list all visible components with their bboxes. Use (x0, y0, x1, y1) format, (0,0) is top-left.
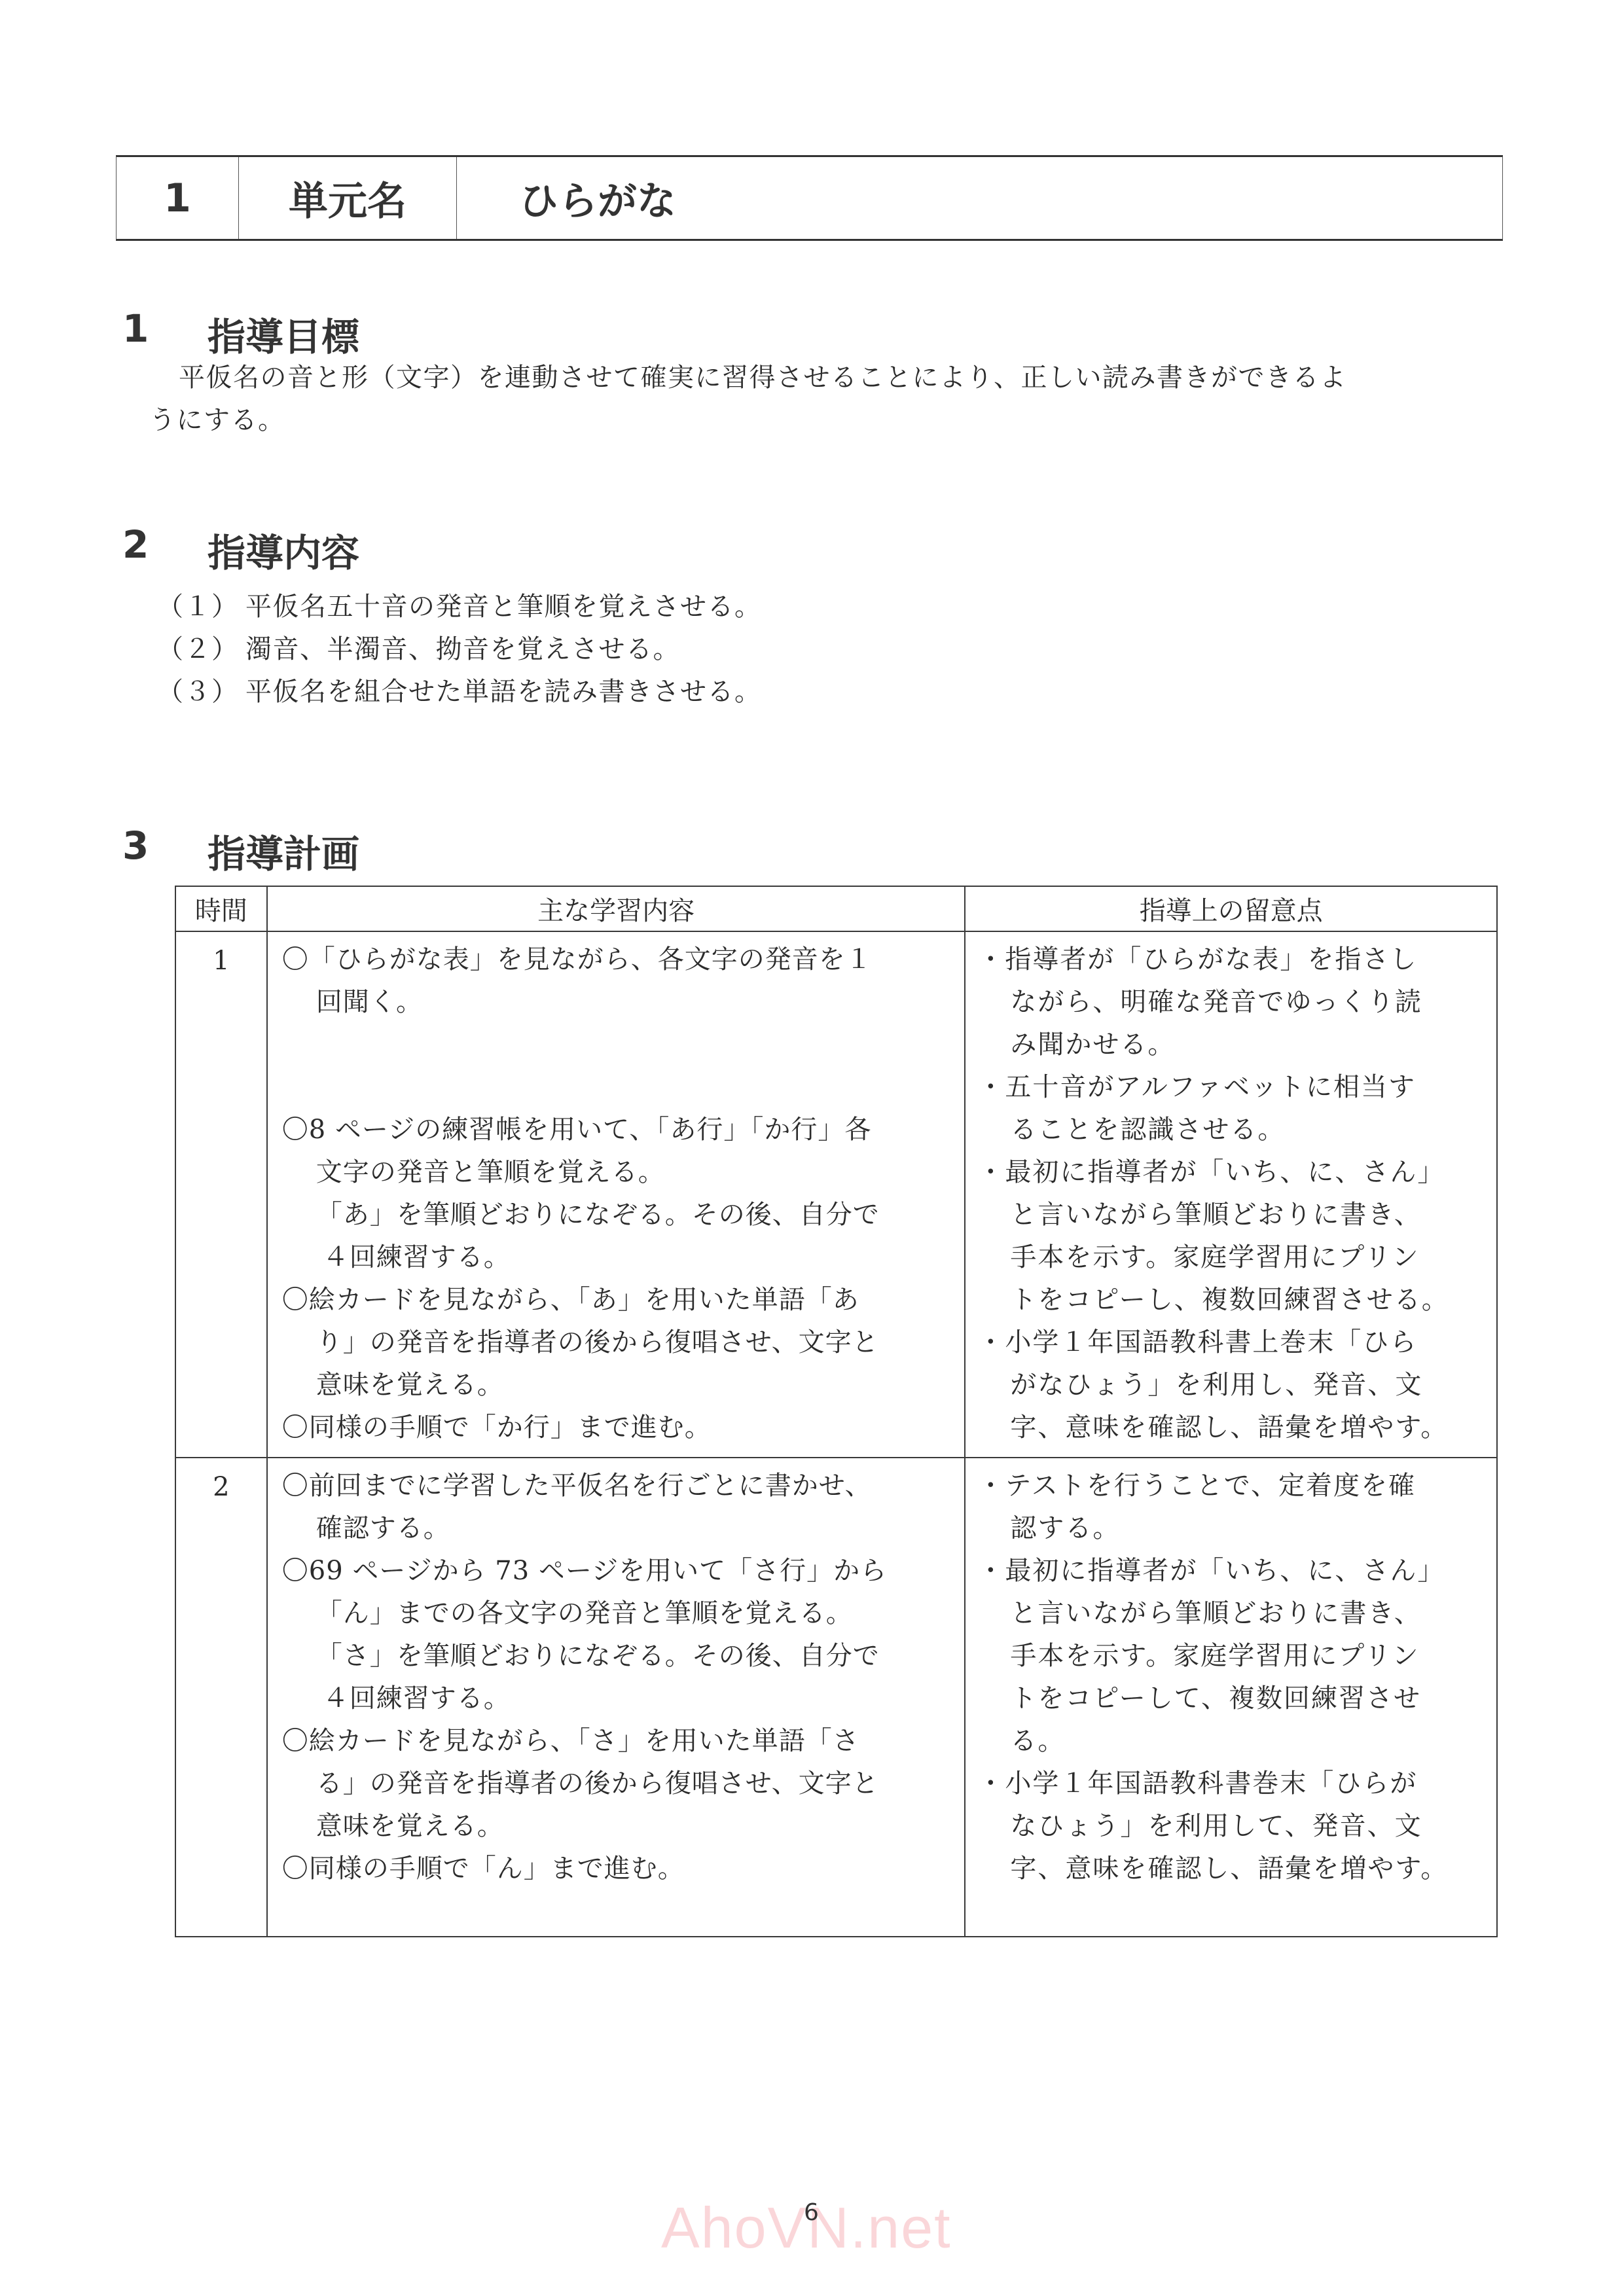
note-line: トをコピーし、複数回練習させる。 (977, 1279, 1490, 1321)
content-line: 回聞く。 (282, 981, 956, 1024)
content-line: ４回練習する。 (282, 1677, 956, 1720)
note-line: ・五十音がアルファベットに相当す (977, 1066, 1490, 1109)
content-line: る」の発音を指導者の後から復唱させ、文字と (282, 1763, 956, 1805)
header-time: 時間 (175, 886, 267, 931)
content-line: 意味を覚える。 (282, 1805, 956, 1848)
section-number: 1 (122, 306, 208, 361)
table-header-row: 時間 主な学習内容 指導上の留意点 (175, 886, 1497, 931)
section-number: 2 (122, 522, 208, 577)
cell-time: 2 (175, 1458, 267, 1937)
content-line-blank (282, 1066, 956, 1109)
content-line: 確認する。 (282, 1507, 956, 1550)
unit-label: 単元名 (239, 157, 457, 239)
unit-title-box: 1 単元名 ひらがな (116, 155, 1503, 241)
note-line: み聞かせる。 (977, 1024, 1490, 1066)
content-line: り」の発音を指導者の後から復唱させ、文字と (282, 1321, 956, 1364)
note-line: ・小学１年国語教科書巻末「ひらが (977, 1763, 1490, 1805)
cell-content: 〇前回までに学習した平仮名を行ごとに書かせ、 確認する。 〇69 ページから 7… (267, 1458, 965, 1937)
list-item: （３） 平仮名を組合せた単語を読み書きさせる。 (157, 671, 762, 713)
list-item: （１） 平仮名五十音の発音と筆順を覚えさせる。 (157, 586, 762, 628)
content-line: 〇「ひらがな表」を見ながら、各文字の発音を１ (282, 939, 956, 981)
cell-notes: ・指導者が「ひらがな表」を指さし ながら、明確な発音でゆっくり読 み聞かせる。 … (965, 931, 1497, 1458)
list-marker: （３） (157, 671, 245, 713)
paragraph-line: うにする。 (149, 399, 1511, 442)
content-line: 文字の発音と筆順を覚える。 (282, 1151, 956, 1194)
content-line: 〇前回までに学習した平仮名を行ごとに書かせ、 (282, 1465, 956, 1507)
unit-title: ひらがな (457, 157, 676, 239)
unit-number: 1 (117, 157, 239, 239)
header-notes: 指導上の留意点 (965, 886, 1497, 931)
content-list: （１） 平仮名五十音の発音と筆順を覚えさせる。 （２） 濁音、半濁音、拗音を覚え… (157, 586, 762, 713)
list-marker: （２） (157, 628, 245, 671)
note-line: ・最初に指導者が「いち、に、さん」 (977, 1550, 1490, 1592)
content-line: 〇8 ページの練習帳を用いて、「あ行」「か行」各 (282, 1109, 956, 1151)
paragraph-line: 平仮名の音と形（文字）を連動させて確実に習得させることにより、正しい読み書きがで… (149, 357, 1511, 399)
section-title: 指導目標 (208, 306, 359, 361)
note-line: 手本を示す。家庭学習用にプリン (977, 1635, 1490, 1677)
section-number: 3 (122, 823, 208, 878)
list-text: 平仮名五十音の発音と筆順を覚えさせる。 (245, 586, 762, 628)
list-text: 平仮名を組合せた単語を読み書きさせる。 (245, 671, 762, 713)
note-line: と言いながら筆順どおりに書き、 (977, 1592, 1490, 1635)
content-line-blank (282, 1024, 956, 1066)
note-line: ・小学１年国語教科書上巻末「ひら (977, 1321, 1490, 1364)
cell-notes: ・テストを行うことで、定着度を確 認する。 ・最初に指導者が「いち、に、さん」 … (965, 1458, 1497, 1937)
content-line: 「さ」を筆順どおりになぞる。その後、自分で (282, 1635, 956, 1677)
content-line: 「ん」までの各文字の発音と筆順を覚える。 (282, 1592, 956, 1635)
content-line: 〇同様の手順で「か行」まで進む。 (282, 1407, 956, 1449)
note-line: 手本を示す。家庭学習用にプリン (977, 1236, 1490, 1279)
content-line: 意味を覚える。 (282, 1364, 956, 1407)
note-line: がなひょう」を利用し、発音、文 (977, 1364, 1490, 1407)
note-line: 字、意味を確認し、語彙を増やす。 (977, 1407, 1490, 1449)
list-item: （２） 濁音、半濁音、拗音を覚えさせる。 (157, 628, 762, 671)
header-content: 主な学習内容 (267, 886, 965, 931)
note-line: る。 (977, 1720, 1490, 1763)
objectives-paragraph: 平仮名の音と形（文字）を連動させて確実に習得させることにより、正しい読み書きがで… (149, 357, 1511, 442)
content-line: 〇同様の手順で「ん」まで進む。 (282, 1848, 956, 1890)
section-title: 指導内容 (208, 522, 359, 577)
note-line: ることを認識させる。 (977, 1109, 1490, 1151)
note-line: ・最初に指導者が「いち、に、さん」 (977, 1151, 1490, 1194)
note-line: ・指導者が「ひらがな表」を指さし (977, 939, 1490, 981)
content-line: 「あ」を筆順どおりになぞる。その後、自分で (282, 1194, 956, 1236)
cell-content: 〇「ひらがな表」を見ながら、各文字の発音を１ 回聞く。 〇8 ページの練習帳を用… (267, 931, 965, 1458)
page-number: 6 (804, 2199, 819, 2226)
section-title: 指導計画 (208, 823, 359, 878)
note-line: ・テストを行うことで、定着度を確 (977, 1465, 1490, 1507)
note-line: 字、意味を確認し、語彙を増やす。 (977, 1848, 1490, 1890)
note-line: ながら、明確な発音でゆっくり読 (977, 981, 1490, 1024)
section-heading-content: 2 指導内容 (122, 522, 359, 577)
list-text: 濁音、半濁音、拗音を覚えさせる。 (245, 628, 680, 671)
content-line: 〇絵カードを見ながら、「さ」を用いた単語「さ (282, 1720, 956, 1763)
content-line: ４回練習する。 (282, 1236, 956, 1279)
table-row: 1 〇「ひらがな表」を見ながら、各文字の発音を１ 回聞く。 〇8 ページの練習帳… (175, 931, 1497, 1458)
cell-time: 1 (175, 931, 267, 1458)
note-line: トをコピーして、複数回練習させ (977, 1677, 1490, 1720)
section-heading-objectives: 1 指導目標 (122, 306, 359, 361)
plan-table: 時間 主な学習内容 指導上の留意点 1 〇「ひらがな表」を見ながら、各文字の発音… (175, 886, 1498, 1937)
note-line: と言いながら筆順どおりに書き、 (977, 1194, 1490, 1236)
note-line: なひょう」を利用して、発音、文 (977, 1805, 1490, 1848)
content-line: 〇69 ページから 73 ページを用いて「さ行」から (282, 1550, 956, 1592)
content-line: 〇絵カードを見ながら、「あ」を用いた単語「あ (282, 1279, 956, 1321)
list-marker: （１） (157, 586, 245, 628)
note-line: 認する。 (977, 1507, 1490, 1550)
section-heading-plan: 3 指導計画 (122, 823, 359, 878)
table-row: 2 〇前回までに学習した平仮名を行ごとに書かせ、 確認する。 〇69 ページから… (175, 1458, 1497, 1937)
